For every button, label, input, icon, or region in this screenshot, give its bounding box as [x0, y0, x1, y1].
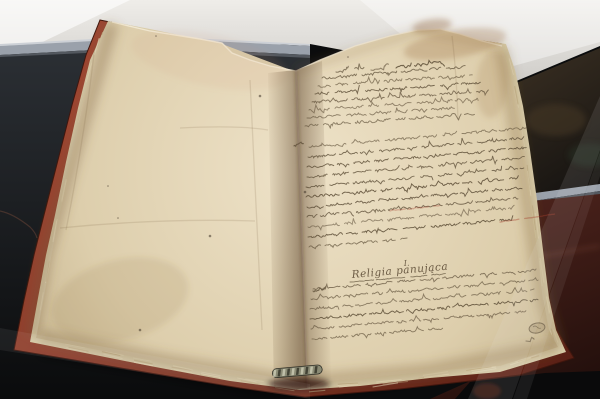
- book: [14, 16, 574, 397]
- paper-speck: [304, 191, 307, 194]
- paper-speck: [107, 185, 109, 187]
- paper-speck: [155, 35, 157, 37]
- paper-speck: [347, 56, 349, 58]
- scene-svg: I. Religia panująca: [0, 0, 600, 399]
- museum-photo: I. Religia panująca: [0, 0, 600, 399]
- paper-speck: [117, 217, 119, 219]
- paper-speck: [259, 95, 262, 98]
- wedge-marbling: [526, 104, 586, 136]
- paper-speck: [139, 329, 142, 332]
- paper-speck: [209, 235, 212, 238]
